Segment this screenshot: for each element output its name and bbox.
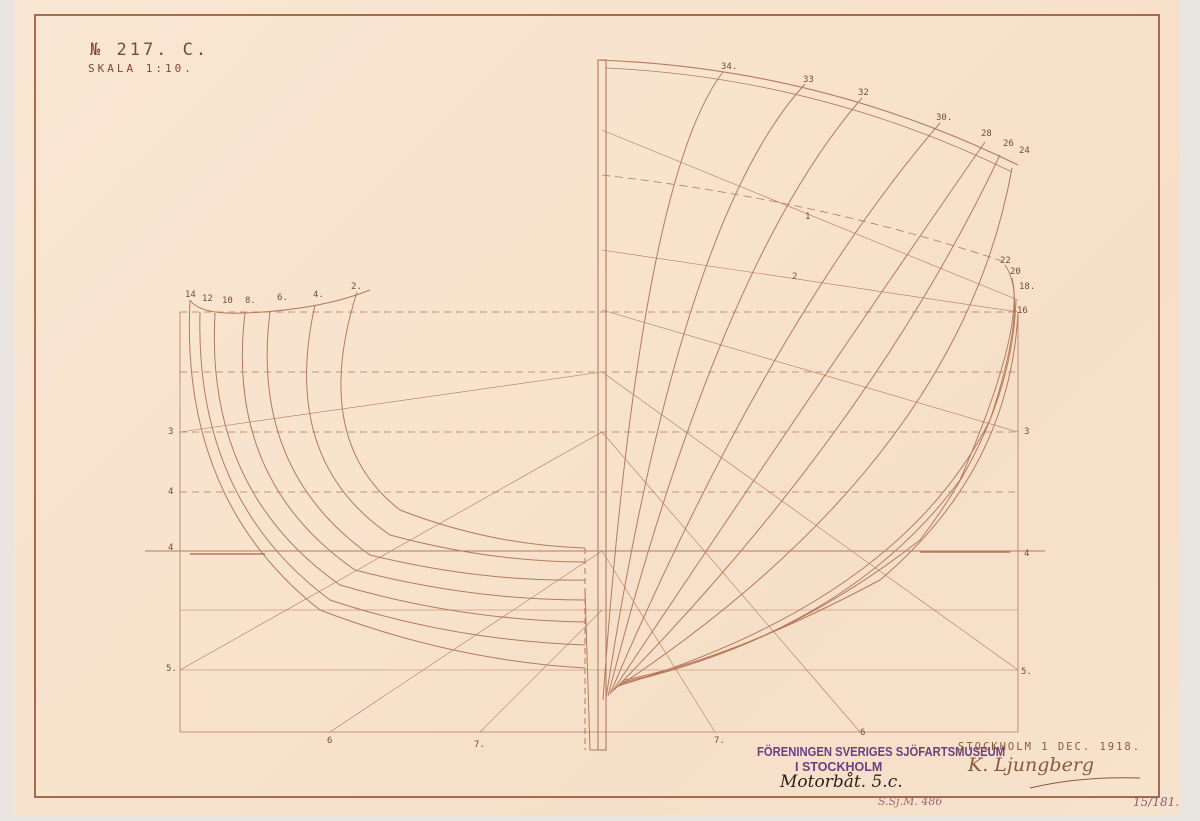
sheet-number: 15/181. bbox=[1133, 795, 1179, 809]
signature-flourish bbox=[0, 0, 1200, 821]
archive-number: S.Sj.M. 486 bbox=[878, 795, 942, 808]
